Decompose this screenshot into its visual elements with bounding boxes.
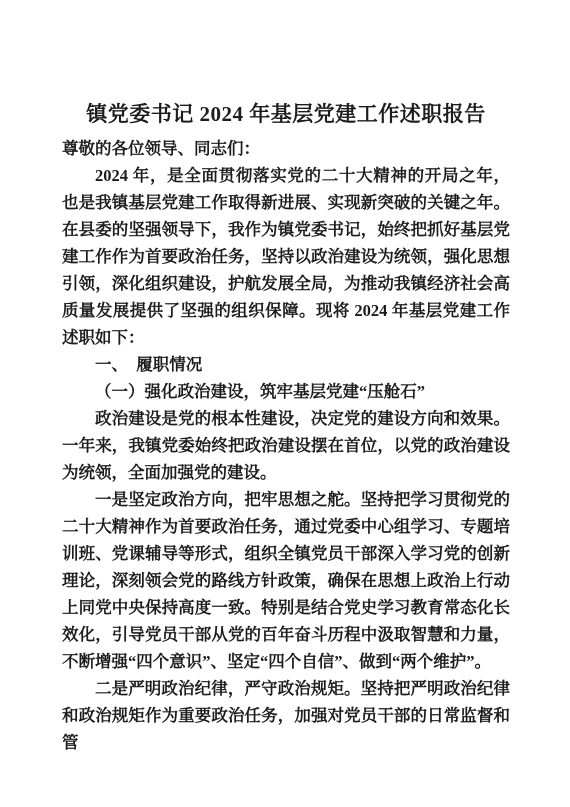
paragraph-political-construction: 政治建设是党的根本性建设，决定党的建设方向和效果。一年来，我镇党委始终把政治建设… (62, 405, 510, 486)
paragraph-point-two: 二是严明政治纪律，严守政治规矩。坚持把严明政治纪律和政治规矩作为重要政治任务，加… (62, 675, 510, 756)
paragraph-intro: 2024 年，是全面贯彻落实党的二十大精神的开局之年，也是我镇基层党建工作取得新… (62, 162, 510, 351)
document-title: 镇党委书记 2024 年基层党建工作述职报告 (62, 100, 510, 128)
paragraph-point-two-lead: 二是严明政治纪律，严守政治规矩。 (95, 679, 361, 698)
document-page: 镇党委书记 2024 年基层党建工作述职报告 尊敬的各位领导、同志们： 2024… (0, 0, 570, 807)
paragraph-point-one: 一是坚定政治方向，把牢思想之舵。坚持把学习贯彻党的二十大精神作为首要政治任务，通… (62, 486, 510, 675)
paragraph-point-one-body: 坚持把学习贯彻党的二十大精神作为首要政治任务，通过党委中心组学习、专题培训班、党… (62, 490, 510, 671)
section-heading-performance: 一、 履职情况 (62, 351, 510, 378)
subsection-heading-political-construction: （一）强化政治建设，筑牢基层党建“压舱石” (62, 378, 510, 405)
paragraph-point-one-lead: 一是坚定政治方向，把牢思想之舵。 (95, 490, 361, 509)
salutation-line: 尊敬的各位领导、同志们： (62, 135, 510, 162)
